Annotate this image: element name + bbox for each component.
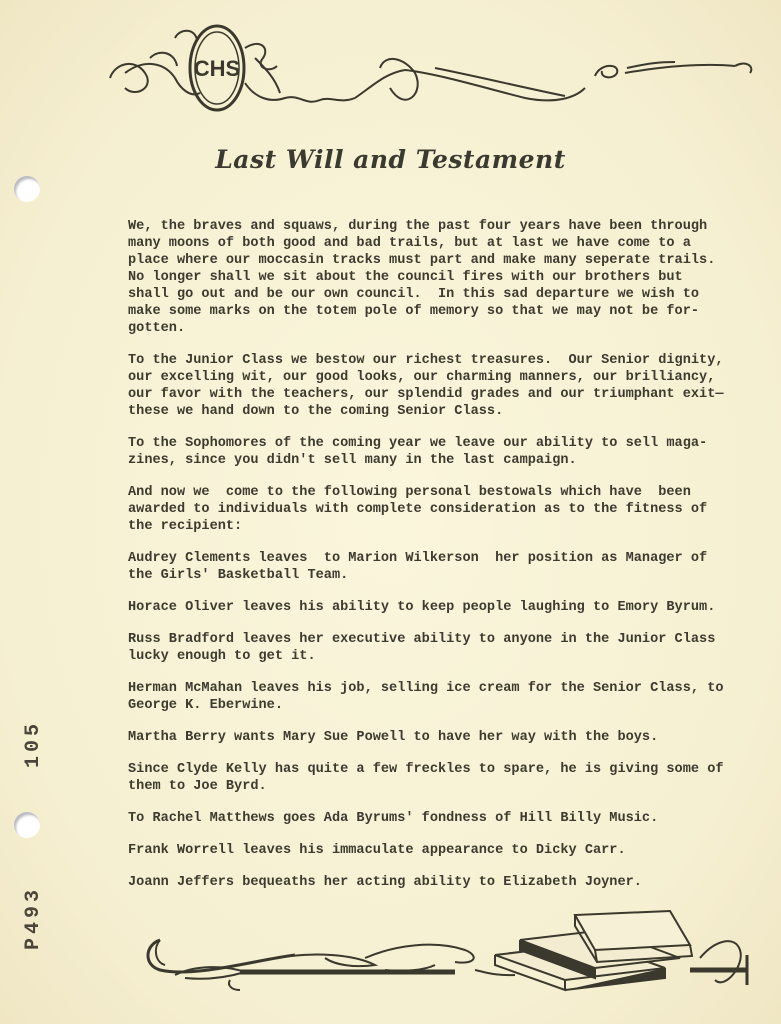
text-line: gotten. xyxy=(128,320,728,337)
paragraph: We, the braves and squaws, during the pa… xyxy=(128,218,728,337)
text-line: shall go out and be our own council. In … xyxy=(128,286,728,303)
paragraph: To the Sophomores of the coming year we … xyxy=(128,435,728,469)
text-line: many moons of both good and bad trails, … xyxy=(128,235,728,252)
paragraph: Russ Bradford leaves her executive abili… xyxy=(128,631,728,665)
text-line: Audrey Clements leaves to Marion Wilkers… xyxy=(128,550,728,567)
text-line: our excelling wit, our good looks, our c… xyxy=(128,369,728,386)
paragraph: Horace Oliver leaves his ability to keep… xyxy=(128,599,728,616)
text-line: Russ Bradford leaves her executive abili… xyxy=(128,631,728,648)
punch-hole-bottom xyxy=(14,812,40,838)
paragraph: Audrey Clements leaves to Marion Wilkers… xyxy=(128,550,728,584)
document-body: We, the braves and squaws, during the pa… xyxy=(128,218,728,906)
text-line: awarded to individuals with complete con… xyxy=(128,501,728,518)
text-line: Martha Berry wants Mary Sue Powell to ha… xyxy=(128,729,728,746)
paragraph: To the Junior Class we bestow our riches… xyxy=(128,352,728,420)
paragraph: Herman McMahan leaves his job, selling i… xyxy=(128,680,728,714)
paragraph: Frank Worrell leaves his immaculate appe… xyxy=(128,842,728,859)
text-line: George K. Eberwine. xyxy=(128,697,728,714)
text-line: place where our moccasin tracks must par… xyxy=(128,252,728,269)
paragraph: Martha Berry wants Mary Sue Powell to ha… xyxy=(128,729,728,746)
paragraph: And now we come to the following persona… xyxy=(128,484,728,535)
text-line: To the Sophomores of the coming year we … xyxy=(128,435,728,452)
page-number: 105 xyxy=(22,720,45,768)
paragraph: To Rachel Matthews goes Ada Byrums' fond… xyxy=(128,810,728,827)
text-line: Joann Jeffers bequeaths her acting abili… xyxy=(128,874,728,891)
text-line: lucky enough to get it. xyxy=(128,648,728,665)
paragraph: Joann Jeffers bequeaths her acting abili… xyxy=(128,874,728,891)
page-code: P493 xyxy=(22,886,45,950)
document-page: 105 P493 CHS Last Will and Testament We,… xyxy=(0,0,781,1024)
paragraph: Since Clyde Kelly has quite a few freckl… xyxy=(128,761,728,795)
text-line: And now we come to the following persona… xyxy=(128,484,728,501)
text-line: make some marks on the totem pole of mem… xyxy=(128,303,728,320)
text-line: To Rachel Matthews goes Ada Byrums' fond… xyxy=(128,810,728,827)
text-line: Herman McMahan leaves his job, selling i… xyxy=(128,680,728,697)
text-line: the recipient: xyxy=(128,518,728,535)
text-line: We, the braves and squaws, during the pa… xyxy=(128,218,728,235)
text-line: the Girls' Basketball Team. xyxy=(128,567,728,584)
document-title: Last Will and Testament xyxy=(0,145,781,174)
footer-ornament-books-icon xyxy=(135,910,765,1000)
text-line: these we hand down to the coming Senior … xyxy=(128,403,728,420)
punch-hole-top xyxy=(14,176,40,202)
text-line: our favor with the teachers, our splendi… xyxy=(128,386,728,403)
text-line: To the Junior Class we bestow our riches… xyxy=(128,352,728,369)
text-line: Horace Oliver leaves his ability to keep… xyxy=(128,599,728,616)
text-line: Since Clyde Kelly has quite a few freckl… xyxy=(128,761,728,778)
text-line: them to Joe Byrd. xyxy=(128,778,728,795)
text-line: zines, since you didn't sell many in the… xyxy=(128,452,728,469)
text-line: Frank Worrell leaves his immaculate appe… xyxy=(128,842,728,859)
text-line: No longer shall we sit about the council… xyxy=(128,269,728,286)
monogram-text: CHS xyxy=(194,56,240,81)
header-ornament-icon: CHS xyxy=(105,18,760,118)
